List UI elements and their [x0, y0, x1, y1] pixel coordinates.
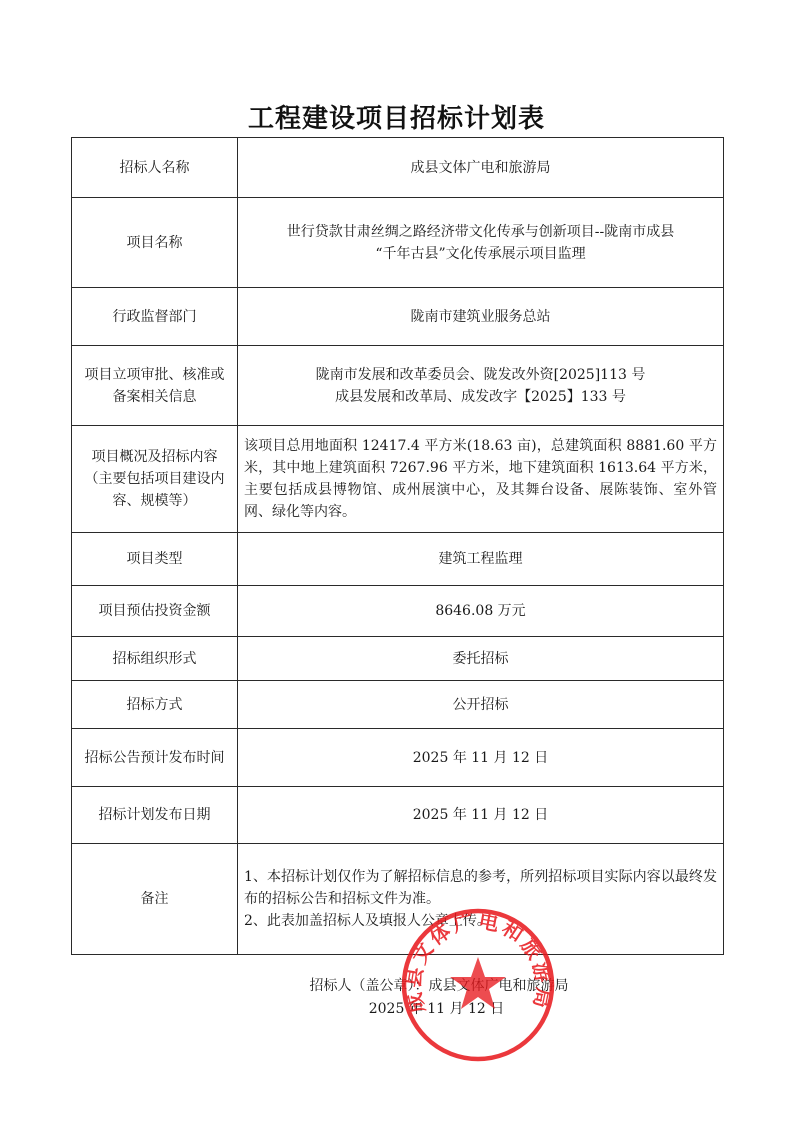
- value-line: 8646.08 万元: [244, 600, 717, 622]
- row-label: 项目概况及招标内容（主要包括项目建设内容、规模等）: [72, 426, 238, 533]
- signer-line: 招标人（盖公章）：成县文体广电和旅游局: [0, 975, 793, 995]
- document-title: 工程建设项目招标计划表: [0, 98, 793, 135]
- row-value: 世行贷款甘肃丝绸之路经济带文化传承与创新项目--陇南市成县 “千年古县”文化传承…: [238, 198, 724, 288]
- row-label: 招标组织形式: [72, 637, 238, 681]
- row-value: 2025 年 11 月 12 日: [238, 729, 724, 787]
- remark-line: 1、本招标计划仅作为了解招标信息的参考，所列招标项目实际内容以最终发布的招标公告…: [244, 866, 717, 910]
- row-value: 公开招标: [238, 681, 724, 729]
- row-value: 1、本招标计划仅作为了解招标信息的参考，所列招标项目实际内容以最终发布的招标公告…: [238, 844, 724, 955]
- value-line: 陇南市建筑业服务总站: [244, 306, 717, 328]
- row-label: 项目类型: [72, 533, 238, 586]
- row-label: 招标公告预计发布时间: [72, 729, 238, 787]
- value-text: 该项目总用地面积 12417.4 平方米(18.63 亩)，总建筑面积 8881…: [244, 438, 717, 520]
- table-row-approval-info: 项目立项审批、核准或备案相关信息 陇南市发展和改革委员会、陇发改外资[2025]…: [72, 346, 724, 426]
- table-row-announcement-time: 招标公告预计发布时间 2025 年 11 月 12 日: [72, 729, 724, 787]
- table-row-organization-form: 招标组织形式 委托招标: [72, 637, 724, 681]
- row-label: 行政监督部门: [72, 288, 238, 346]
- table-row-estimated-investment: 项目预估投资金额 8646.08 万元: [72, 586, 724, 637]
- value-line: 成县发展和改革局、成发改字【2025】133 号: [244, 386, 717, 408]
- row-label: 项目立项审批、核准或备案相关信息: [72, 346, 238, 426]
- value-line: 2025 年 11 月 12 日: [244, 804, 717, 826]
- table-row-remarks: 备注 1、本招标计划仅作为了解招标信息的参考，所列招标项目实际内容以最终发布的招…: [72, 844, 724, 955]
- table-row-project-name: 项目名称 世行贷款甘肃丝绸之路经济带文化传承与创新项目--陇南市成县 “千年古县…: [72, 198, 724, 288]
- row-value: 陇南市建筑业服务总站: [238, 288, 724, 346]
- row-value: 建筑工程监理: [238, 533, 724, 586]
- value-line: 2025 年 11 月 12 日: [244, 747, 717, 769]
- value-line: 世行贷款甘肃丝绸之路经济带文化传承与创新项目--陇南市成县: [244, 221, 717, 243]
- row-label: 招标人名称: [72, 138, 238, 198]
- row-label: 招标方式: [72, 681, 238, 729]
- row-value: 陇南市发展和改革委员会、陇发改外资[2025]113 号 成县发展和改革局、成发…: [238, 346, 724, 426]
- value-line: 陇南市发展和改革委员会、陇发改外资[2025]113 号: [244, 364, 717, 386]
- signature-date: 2025 年 11 月 12 日: [0, 998, 793, 1018]
- value-line: “千年古县”文化传承展示项目监理: [244, 243, 717, 265]
- table-row-supervision-dept: 行政监督部门 陇南市建筑业服务总站: [72, 288, 724, 346]
- table-row-plan-publish-date: 招标计划发布日期 2025 年 11 月 12 日: [72, 787, 724, 844]
- table-row-bidding-method: 招标方式 公开招标: [72, 681, 724, 729]
- remark-line: 2、此表加盖招标人及填报人公章上传。: [244, 910, 717, 932]
- table-row-bidder-name: 招标人名称 成县文体广电和旅游局: [72, 138, 724, 198]
- row-label: 项目预估投资金额: [72, 586, 238, 637]
- value-line: 委托招标: [244, 648, 717, 670]
- row-value: 8646.08 万元: [238, 586, 724, 637]
- row-value: 成县文体广电和旅游局: [238, 138, 724, 198]
- row-label: 项目名称: [72, 198, 238, 288]
- row-value: 委托招标: [238, 637, 724, 681]
- table-row-project-type: 项目类型 建筑工程监理: [72, 533, 724, 586]
- value-line: 建筑工程监理: [244, 548, 717, 570]
- row-label: 招标计划发布日期: [72, 787, 238, 844]
- value-line: 公开招标: [244, 694, 717, 716]
- row-label: 备注: [72, 844, 238, 955]
- bidding-plan-table: 招标人名称 成县文体广电和旅游局 项目名称 世行贷款甘肃丝绸之路经济带文化传承与…: [71, 137, 724, 955]
- row-value: 该项目总用地面积 12417.4 平方米(18.63 亩)，总建筑面积 8881…: [238, 426, 724, 533]
- value-line: 成县文体广电和旅游局: [244, 157, 717, 179]
- row-value: 2025 年 11 月 12 日: [238, 787, 724, 844]
- table-row-project-overview: 项目概况及招标内容（主要包括项目建设内容、规模等） 该项目总用地面积 12417…: [72, 426, 724, 533]
